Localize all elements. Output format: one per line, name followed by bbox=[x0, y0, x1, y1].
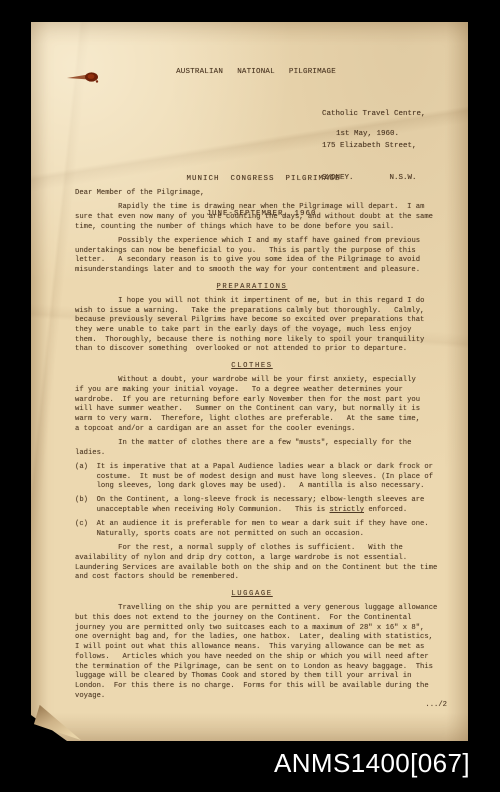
address-line: 175 Elizabeth Street, bbox=[322, 141, 426, 152]
letter-paragraph: Travelling on the ship you are permitted… bbox=[75, 604, 457, 701]
list-item: (a) It is imperative that at a Papal Aud… bbox=[75, 463, 457, 492]
section-heading: LUGGAGE bbox=[75, 590, 457, 600]
letter-date: 1st May, 1960. bbox=[336, 130, 399, 138]
section-heading: PREPARATIONS bbox=[75, 283, 457, 293]
page-marker: .../2 bbox=[75, 701, 457, 711]
address-line: Catholic Travel Centre, bbox=[322, 109, 426, 120]
list-item: (c) At an audience it is preferable for … bbox=[75, 520, 457, 539]
letter-paragraph: For the rest, a normal supply of clothes… bbox=[75, 544, 457, 583]
section-heading: CLOTHES bbox=[75, 362, 457, 372]
letter-paragraph: In the matter of clothes there are a few… bbox=[75, 439, 457, 458]
subject-line: MUNICH CONGRESS PILGRIMAGE bbox=[59, 174, 468, 184]
scan-background: AUSTRALIAN NATIONAL PILGRIMAGE Catholic … bbox=[0, 0, 500, 792]
archive-reference-label: ANMS1400[067] bbox=[274, 748, 470, 779]
salutation: Dear Member of the Pilgrimage, bbox=[75, 189, 457, 199]
letter-body: Dear Member of the Pilgrimage, Rapidly t… bbox=[75, 189, 457, 711]
letter-paragraph: I hope you will not think it impertinent… bbox=[75, 297, 457, 355]
scanned-letter-view: { "colors": { "background": "#000000", "… bbox=[0, 0, 500, 792]
letterhead-title: AUSTRALIAN NATIONAL PILGRIMAGE bbox=[31, 68, 468, 76]
letter-paragraph: Rapidly the time is drawing near when th… bbox=[75, 203, 457, 232]
list-item: (b) On the Continent, a long-sleeve froc… bbox=[75, 496, 457, 515]
letter-paragraph: Possibly the experience which I and my s… bbox=[75, 237, 457, 276]
letter-paragraph: Without a doubt, your wardrobe will be y… bbox=[75, 376, 457, 434]
letter-page: AUSTRALIAN NATIONAL PILGRIMAGE Catholic … bbox=[31, 22, 468, 741]
